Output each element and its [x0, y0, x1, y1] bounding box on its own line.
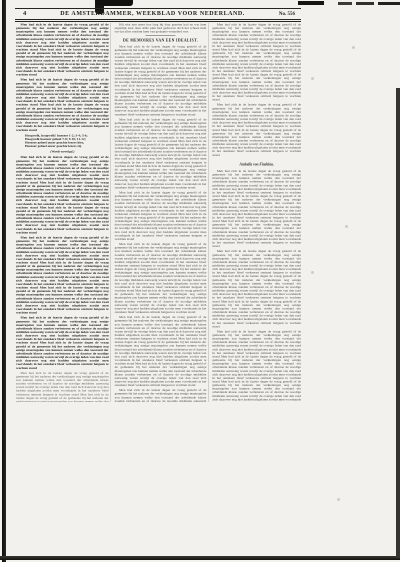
verse-line: Hoezeer geheel onzer geachte lezers zij. — [25, 144, 109, 148]
section-end-rule — [145, 35, 175, 36]
body-paragraph: Men had zich in de laatste dagen de vraa… — [115, 388, 207, 401]
column-middle: Hij wist niet meer hoe lang hij daar gez… — [111, 23, 207, 402]
body-paragraph: Men had zich in de laatste dagen de vraa… — [16, 78, 109, 132]
paper-speck — [345, 225, 348, 228]
page-number: 4 — [23, 10, 26, 17]
body-paragraph: Men had zich in de laatste dagen de vraa… — [16, 316, 109, 370]
body-paragraph: Men had zich in de laatste dagen de vraa… — [115, 315, 207, 387]
scan-border-bottom — [0, 556, 400, 560]
body-paragraph: Men had zich in de laatste dagen de vraa… — [212, 329, 301, 401]
body-paragraph: Men had zich in de laatste dagen de vraa… — [115, 44, 207, 116]
verse-line: Hoogwelk, hoogwelk! hoezeer 1-2; 3-4; 5-… — [25, 133, 109, 137]
scan-border-top-segment — [338, 2, 352, 5]
verse-block: Hoogwelk, hoogwelk! hoezeer 1-2; 3-4; 5-… — [25, 133, 109, 147]
body-paragraph: Men had zich in de laatste dagen de vraa… — [115, 117, 207, 189]
paper-speck — [311, 271, 314, 274]
paper-speck — [337, 498, 340, 501]
body-paragraph: Men had zich in de laatste dagen de vraa… — [212, 169, 301, 248]
text-columns: Men had zich in de laatste dagen de vraa… — [15, 23, 301, 402]
scan-border-left — [2, 0, 6, 562]
body-paragraph: Men had zich in de laatste dagen de vraa… — [212, 249, 301, 328]
page-header: 4 DE AMSTERDAMMER, WEEKBLAD VOOR NEDERLA… — [15, 10, 301, 19]
body-paragraph: Hij wist niet meer hoe lang hij daar gez… — [115, 23, 207, 34]
issue-number: No. 556 — [279, 12, 295, 17]
column-right: Men had zich in de laatste dagen de vraa… — [208, 23, 301, 402]
scan-border-top-segment — [298, 1, 324, 5]
body-paragraph: Men had zich in de laatste dagen de vraa… — [16, 155, 109, 234]
header-top-rule — [15, 8, 301, 9]
header-rule-thick — [15, 19, 301, 20]
masthead-title: DE AMSTERDAMMER, WEEKBLAD VOOR NEDERLAND… — [60, 11, 245, 17]
body-paragraph: Men had zich in de laatste dagen de vraa… — [212, 103, 301, 157]
scan-border-right — [396, 88, 400, 558]
header-rule-thin — [15, 21, 301, 22]
paper-speck — [311, 77, 314, 80]
body-paragraph: Men had zich in de laatste dagen de vraa… — [115, 190, 207, 240]
verse-line: Hoezeer geheel onzer geachte lezers hier… — [25, 141, 109, 145]
body-paragraph: Men had zich in de laatste dagen de vraa… — [212, 23, 301, 102]
body-paragraph: Men had zich in de laatste dagen de vraa… — [16, 235, 109, 314]
column-left: Men had zich in de laatste dagen de vraa… — [16, 23, 109, 402]
newspaper-scan-page: 4 DE AMSTERDAMMER, WEEKBLAD VOOR NEDERLA… — [0, 0, 400, 562]
dateline: (Wordt vervolgd.) — [16, 150, 109, 154]
body-paragraph: Men had zich in de laatste dagen de vraa… — [115, 242, 207, 314]
paper-speck — [352, 46, 355, 49]
article-subheading: Arabella von Findelau. — [212, 162, 301, 166]
scan-border-top-segment — [378, 2, 400, 5]
article-heading: DE MEMOIRES VAN EEN IDEALIST. — [115, 38, 207, 42]
body-paragraph: Men had zich in de laatste dagen de vraa… — [16, 23, 109, 77]
body-paragraph: Men had zich in de laatste dagen de vraa… — [16, 371, 109, 402]
verse-line: Hoogwelk hoezeer geheel 7-8; 9-10; 11-12… — [25, 137, 109, 141]
scan-border-top-segment — [356, 2, 374, 5]
